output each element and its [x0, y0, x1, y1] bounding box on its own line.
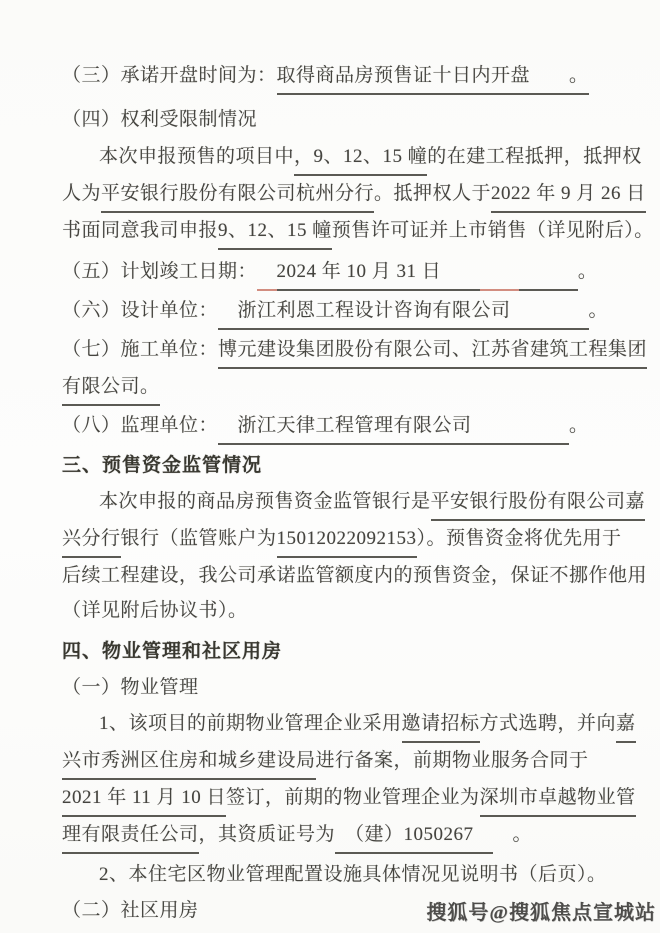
filled-blank-text: 浙江利恩工程设计咨询有限公司 — [218, 293, 589, 330]
text-segment: （二）社区用房 — [62, 893, 199, 928]
filled-blank-text: 取得商品房预售证十日内开盘 — [277, 58, 531, 95]
text-segment: 人为 — [62, 176, 101, 211]
filled-blank-text: 理有限责任公司 — [62, 817, 199, 854]
text-segment: （三）承诺开盘时间为： — [62, 58, 277, 93]
text-segment: 预售许可证并上市销售（详见附后）。 — [332, 213, 654, 248]
doc-line: 兴市秀洲区住房和城乡建设局 进行备案，前期物业服务合同于 — [62, 743, 630, 780]
doc-line: 后续工程建设，我公司承诺监管额度内的预售资金，保证不挪作他用 — [62, 558, 630, 593]
doc-line: 有限公司。 — [62, 369, 630, 406]
text-segment: 本次申报预售的项目中 — [99, 139, 294, 174]
filled-blank-text: 平安银行股份有限公司杭州分行 — [101, 176, 374, 213]
filled-blank-text: 邀请招标 — [402, 706, 480, 743]
filled-blank-text: 有限公司。 — [62, 369, 160, 406]
doc-line: （七）施工单位：博元建设集团股份有限公司、江苏省建筑工程集团 — [62, 332, 630, 369]
doc-line: （六）设计单位： 浙江利恩工程设计咨询有限公司 。 — [62, 293, 630, 330]
filled-blank-text: ，9、12、15 幢 — [294, 139, 427, 176]
document-body: （三）承诺开盘时间为：取得商品房预售证十日内开盘 。（四）权利受限制情况本次申报… — [62, 58, 630, 928]
text-segment: ）。预售资金将优先用于 — [417, 521, 622, 556]
text-segment: ，其资质证号为 — [199, 817, 336, 852]
filled-blank-text: 平安银行股份有限公司嘉 — [431, 484, 646, 521]
doc-line: （五）计划竣工日期： 2024 年 10 月 31 日 。 — [62, 254, 630, 291]
filled-blank-text — [480, 254, 519, 291]
section-heading: 三、预售资金监管情况 — [62, 448, 630, 483]
doc-line: 人为平安银行股份有限公司杭州分行。抵押权人于2022 年 9 月 26 日 — [62, 176, 630, 213]
doc-line: 1、该项目的前期物业管理企业采用 邀请招标 方式选聘，并向 嘉 — [62, 706, 630, 743]
filled-blank-text: 博元建设集团股份有限公司、江苏省建筑工程集团 — [218, 332, 647, 369]
doc-line: 兴分行 银行（监管账户为 15012022092153）。预售资金将优先用于 — [62, 521, 630, 558]
filled-blank-text: 兴市秀洲区住房和城乡建设局 — [62, 743, 316, 780]
text-segment: （七）施工单位： — [62, 332, 218, 367]
doc-line: 理有限责任公司，其资质证号为 （建）1050267 。 — [62, 817, 630, 854]
text-segment: 签订，前期的物业管理企业为 — [226, 780, 480, 815]
text-segment: （八）监理单位： — [62, 408, 218, 443]
text-segment: 三、预售资金监管情况 — [62, 448, 262, 483]
filled-blank-text: 2024 年 10 月 31 日 — [277, 254, 481, 291]
text-segment: 。 — [493, 817, 532, 852]
doc-line: 2021 年 11 月 10 日签订，前期的物业管理企业为深圳市卓越物业管 — [62, 780, 630, 817]
text-segment: 。抵押权人于 — [374, 176, 491, 211]
text-segment: 后续工程建设，我公司承诺监管额度内的预售资金，保证不挪作他用 — [62, 558, 647, 593]
filled-blank-text: 深圳市卓越物业管 — [480, 780, 636, 817]
doc-line: （一）物业管理 — [62, 670, 630, 705]
text-segment: 银行（监管账户为 — [121, 521, 277, 556]
text-segment: （详见附后协议书）。 — [62, 593, 248, 628]
text-segment: （一）物业管理 — [62, 670, 199, 705]
page-watermark: 搜狐号@搜狐焦点宣城站 — [426, 896, 656, 925]
filled-blank-text: 15012022092153 — [277, 521, 417, 558]
text-segment: 。 — [589, 293, 609, 328]
filled-blank-text: 嘉 — [616, 706, 636, 743]
filled-blank-text: 。 — [530, 58, 589, 95]
doc-line: 2、本住宅区物业管理配置设施具体情况见说明书（后页）。 — [62, 857, 630, 892]
text-segment: 进行备案，前期物业服务合同于 — [316, 743, 589, 778]
filled-blank-text: 2022 年 9 月 26 日 — [491, 176, 646, 213]
doc-line: （八）监理单位： 浙江天律工程管理有限公司 。 — [62, 408, 630, 445]
doc-line: 书面同意我司申报 9、12、15 幢 预售许可证并上市销售（详见附后）。 — [62, 213, 630, 250]
text-segment: 方式选聘，并向 — [480, 706, 617, 741]
doc-line: 本次申报预售的项目中，9、12、15 幢的在建工程抵押，抵押权 — [62, 139, 630, 176]
filled-blank-text: 浙江天律工程管理有限公司 — [218, 408, 569, 445]
filled-blank-text: 9、12、15 幢 — [218, 213, 332, 250]
text-segment: 2、本住宅区物业管理配置设施具体情况见说明书（后页）。 — [99, 857, 607, 892]
doc-line: （详见附后协议书）。 — [62, 593, 630, 628]
text-segment: 书面同意我司申报 — [62, 213, 218, 248]
text-segment: 本次申报的商品房预售资金监管银行是 — [99, 484, 431, 519]
doc-line: （三）承诺开盘时间为：取得商品房预售证十日内开盘 。 — [62, 58, 630, 95]
filled-blank-text — [257, 254, 277, 291]
text-segment: （六）设计单位： — [62, 293, 218, 328]
text-segment: 1、该项目的前期物业管理企业采用 — [99, 706, 402, 741]
section-heading: 四、物业管理和社区用房 — [62, 634, 630, 669]
filled-blank-text: （建）1050267 — [335, 817, 493, 854]
filled-blank-text — [519, 254, 578, 291]
text-segment: 。 — [569, 408, 589, 443]
text-segment: 的在建工程抵押，抵押权 — [427, 139, 642, 174]
text-segment: （四）权利受限制情况 — [62, 102, 257, 137]
text-segment: （五）计划竣工日期： — [62, 254, 257, 289]
filled-blank-text: 兴分行 — [62, 521, 121, 558]
text-segment: 。 — [578, 254, 598, 289]
text-segment: 四、物业管理和社区用房 — [62, 634, 282, 669]
doc-line: 本次申报的商品房预售资金监管银行是平安银行股份有限公司嘉 — [62, 484, 630, 521]
filled-blank-text: 2021 年 11 月 10 日 — [62, 780, 226, 817]
doc-line: （四）权利受限制情况 — [62, 102, 630, 137]
document-page: （三）承诺开盘时间为：取得商品房预售证十日内开盘 。（四）权利受限制情况本次申报… — [0, 0, 660, 933]
